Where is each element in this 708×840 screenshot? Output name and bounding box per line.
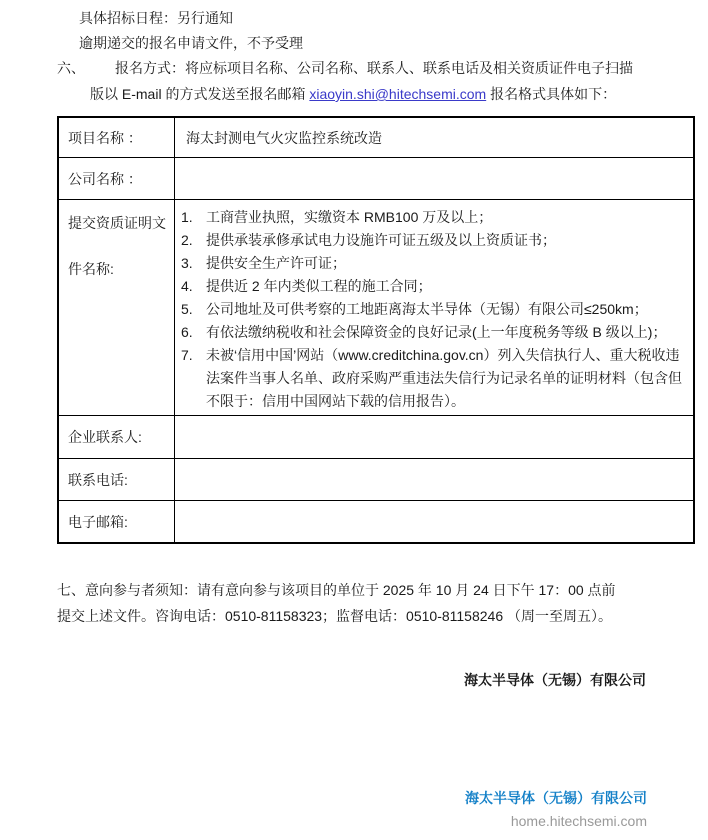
table-row-contact-person: 企业联系人: <box>58 416 694 459</box>
section-six-text: 报名方式：将应标项目名称、公司名称、联系人、联系电话及相关资质证件电子扫描 <box>115 59 633 77</box>
company-name-label: 公司名称 ： <box>58 158 175 200</box>
company-name-field <box>175 158 695 200</box>
signature-company-name: 海太半导体（无锡）有限公司 <box>464 671 646 689</box>
email-line-prefix: 版以 E-mail 的方式发送至报名邮箱 <box>90 86 309 102</box>
qualification-docs-label: 提交资质证明文 件名称: <box>58 200 175 416</box>
qualification-item: 未被‘信用中国’网站（www.creditchina.gov.cn）列入失信执行… <box>175 344 689 413</box>
project-name-value: 海太封测电气火灾监控系统改造 <box>175 117 695 158</box>
registration-table: 项目名称 ： 海太封测电气火灾监控系统改造 公司名称 ： 提交资质证明文 件名称… <box>57 116 695 544</box>
overdue-line: 逾期递交的报名申请文件，不予受理 <box>79 34 303 52</box>
section-six-line2: 版以 E-mail 的方式发送至报名邮箱 xiaoyin.shi@hitechs… <box>90 85 616 103</box>
project-name-label: 项目名称 ： <box>58 117 175 158</box>
contact-person-label: 企业联系人: <box>58 416 175 459</box>
contact-phone-field <box>175 459 695 501</box>
qualification-list: 工商营业执照，实缴资本 RMB100 万及以上； 提供承装承修承试电力设施许可证… <box>175 200 693 413</box>
email-line-suffix: 报名格式具体如下： <box>486 86 616 102</box>
footer-company-name: 海太半导体（无锡）有限公司 <box>465 789 647 807</box>
notice-line2: 提交上述文件。咨询电话：0510-81158323；监督电话：0510-8115… <box>57 607 612 625</box>
section-six-marker: 六、 <box>57 59 85 77</box>
table-row-email: 电子邮箱: <box>58 501 694 544</box>
table-row-contact-phone: 联系电话: <box>58 459 694 501</box>
qualification-item: 公司地址及可供考察的工地距离海太半导体（无锡）有限公司≤250km； <box>175 298 689 321</box>
table-row-project-name: 项目名称 ： 海太封测电气火灾监控系统改造 <box>58 117 694 158</box>
table-row-company-name: 公司名称 ： <box>58 158 694 200</box>
schedule-line: 具体招标日程：另行通知 <box>79 9 233 27</box>
qualification-docs-list-cell: 工商营业执照，实缴资本 RMB100 万及以上； 提供承装承修承试电力设施许可证… <box>175 200 695 416</box>
qualification-item: 工商营业执照，实缴资本 RMB100 万及以上； <box>175 206 689 229</box>
registration-email-link[interactable]: xiaoyin.shi@hitechsemi.com <box>309 86 486 102</box>
email-label: 电子邮箱: <box>58 501 175 544</box>
table-row-qualifications: 提交资质证明文 件名称: 工商营业执照，实缴资本 RMB100 万及以上； 提供… <box>58 200 694 416</box>
contact-person-field <box>175 416 695 459</box>
qualification-label-line2: 件名称: <box>68 246 172 292</box>
qualification-item: 提供安全生产许可证； <box>175 252 689 275</box>
qualification-item: 提供承装承修承试电力设施许可证五级及以上资质证书； <box>175 229 689 252</box>
qualification-item: 有依法缴纳税收和社会保障资金的良好记录(上一年度税务等级 B 级以上)； <box>175 321 689 344</box>
notice-line1: 七、意向参与者须知：请有意向参与该项目的单位于 2025 年 10 月 24 日… <box>57 581 616 599</box>
qualification-item: 提供近 2 年内类似工程的施工合同； <box>175 275 689 298</box>
contact-phone-label: 联系电话: <box>58 459 175 501</box>
email-field <box>175 501 695 544</box>
document-page: 具体招标日程：另行通知 逾期递交的报名申请文件，不予受理 六、 报名方式：将应标… <box>0 0 708 840</box>
footer-website-link[interactable]: home.hitechsemi.com <box>511 812 647 830</box>
qualification-label-line1: 提交资质证明文 <box>68 200 172 246</box>
